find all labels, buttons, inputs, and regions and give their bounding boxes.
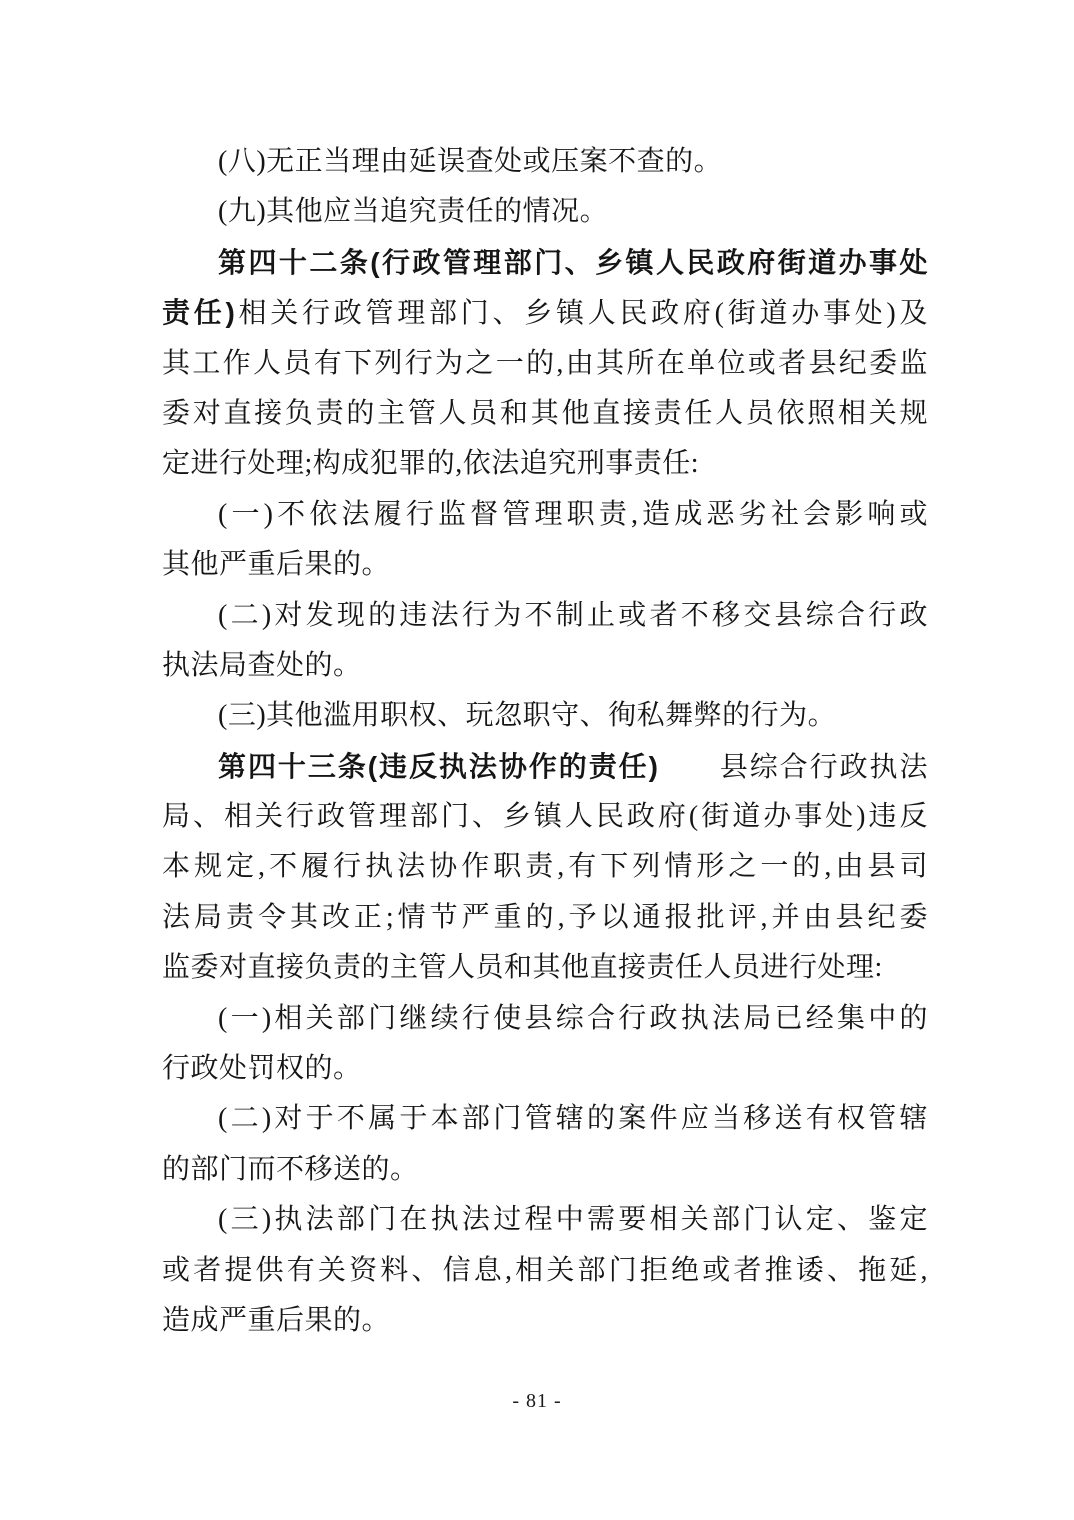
text-run: 造成严重后果的。 [162, 1305, 390, 1336]
text-line-23: 或者提供有关资料、信息,相关部门拒绝或者推诿、拖延, [162, 1246, 928, 1296]
text-run: 县综合行政执法 [658, 752, 928, 783]
heading-run: 责任) [162, 297, 235, 328]
text-run: 本规定,不履行执法协作职责,有下列情形之一的,由县司 [162, 851, 928, 882]
text-line-13: 第四十三条(违反执法协作的责任) 县综合行政执法 [162, 742, 928, 792]
text-line-10: (二)对发现的违法行为不制止或者不移交县综合行政 [162, 591, 928, 641]
text-run: (二)对发现的违法行为不制止或者不移交县综合行政 [218, 600, 928, 631]
text-run: (三)执法部门在执法过程中需要相关部门认定、鉴定 [218, 1204, 928, 1235]
text-run: (三)其他滥用职权、玩忽职守、徇私舞弊的行为。 [218, 700, 836, 731]
text-run: 法局责令其改正;情节严重的,予以通报批评,并由县纪委 [162, 902, 928, 933]
text-line-20: (二)对于不属于本部门管辖的案件应当移送有权管辖 [162, 1094, 928, 1144]
text-run: 局、相关行政管理部门、乡镇人民政府(街道办事处)违反 [162, 801, 928, 832]
document-page: (八)无正当理由延误查处或压案不查的。(九)其他应当追究责任的情况。第四十二条(… [0, 0, 1074, 1520]
text-run: 的部门而不移送的。 [162, 1154, 419, 1185]
text-run: (二)对于不属于本部门管辖的案件应当移送有权管辖 [218, 1103, 928, 1134]
text-run: (八)无正当理由延误查处或压案不查的。 [218, 146, 722, 177]
text-line-22: (三)执法部门在执法过程中需要相关部门认定、鉴定 [162, 1195, 928, 1245]
text-line-9: 其他严重后果的。 [162, 540, 928, 590]
text-line-15: 本规定,不履行执法协作职责,有下列情形之一的,由县司 [162, 842, 928, 892]
heading-run: 第四十二条(行政管理部门、乡镇人民政府街道办事处 [218, 247, 928, 278]
text-run: (一)相关部门继续行使县综合行政执法局已经集中的 [218, 1003, 928, 1034]
text-run: 监委对直接负责的主管人员和其他直接责任人员进行处理: [162, 952, 883, 983]
text-run: 执法局查处的。 [162, 650, 362, 681]
text-line-21: 的部门而不移送的。 [162, 1145, 928, 1195]
text-line-6: 委对直接负责的主管人员和其他直接责任人员依照相关规 [162, 389, 928, 439]
text-run: 相关行政管理部门、乡镇人民政府(街道办事处)及 [235, 298, 928, 329]
text-line-18: (一)相关部门继续行使县综合行政执法局已经集中的 [162, 994, 928, 1044]
text-line-3: 第四十二条(行政管理部门、乡镇人民政府街道办事处 [162, 238, 928, 288]
text-line-16: 法局责令其改正;情节严重的,予以通报批评,并由县纪委 [162, 893, 928, 943]
text-run: 委对直接负责的主管人员和其他直接责任人员依照相关规 [162, 398, 928, 429]
text-line-24: 造成严重后果的。 [162, 1296, 928, 1346]
text-run: 其工作人员有下列行为之一的,由其所在单位或者县纪委监 [162, 348, 928, 379]
text-run: 或者提供有关资料、信息,相关部门拒绝或者推诿、拖延, [162, 1255, 928, 1286]
document-body: (八)无正当理由延误查处或压案不查的。(九)其他应当追究责任的情况。第四十二条(… [162, 137, 928, 1346]
text-line-7: 定进行处理;构成犯罪的,依法追究刑事责任: [162, 439, 928, 489]
text-run: (一)不依法履行监督管理职责,造成恶劣社会影响或 [218, 499, 928, 530]
text-line-19: 行政处罚权的。 [162, 1044, 928, 1094]
page-number: - 81 - [0, 1390, 1074, 1413]
text-run: 其他严重后果的。 [162, 549, 390, 580]
text-line-2: (九)其他应当追究责任的情况。 [162, 187, 928, 237]
text-line-5: 其工作人员有下列行为之一的,由其所在单位或者县纪委监 [162, 339, 928, 389]
text-line-11: 执法局查处的。 [162, 641, 928, 691]
text-line-17: 监委对直接负责的主管人员和其他直接责任人员进行处理: [162, 943, 928, 993]
text-line-1: (八)无正当理由延误查处或压案不查的。 [162, 137, 928, 187]
text-run: 定进行处理;构成犯罪的,依法追究刑事责任: [162, 448, 699, 479]
text-line-14: 局、相关行政管理部门、乡镇人民政府(街道办事处)违反 [162, 792, 928, 842]
text-run: (九)其他应当追究责任的情况。 [218, 196, 608, 227]
text-line-8: (一)不依法履行监督管理职责,造成恶劣社会影响或 [162, 490, 928, 540]
text-run: 行政处罚权的。 [162, 1053, 362, 1084]
text-line-12: (三)其他滥用职权、玩忽职守、徇私舞弊的行为。 [162, 691, 928, 741]
text-line-4: 责任)相关行政管理部门、乡镇人民政府(街道办事处)及 [162, 288, 928, 338]
heading-run: 第四十三条(违反执法协作的责任) [218, 751, 658, 782]
